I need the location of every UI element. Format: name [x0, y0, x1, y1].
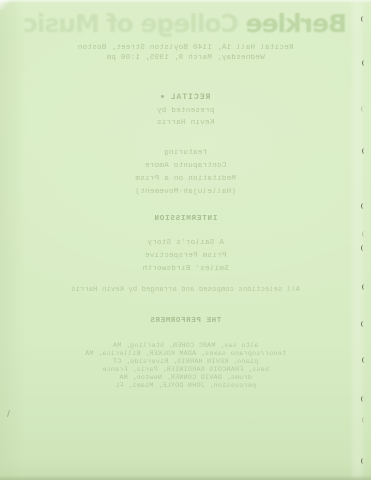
binding-hole-mark	[362, 231, 367, 237]
school-name-bleed-text: Berklee College of Music	[0, 9, 371, 38]
ink-dot	[161, 95, 164, 98]
school-name-word1: Berklee	[239, 9, 347, 38]
venue-line: Recital Hall 1A, 1140 Boylston Street, B…	[0, 44, 371, 52]
binding-hole-mark	[362, 417, 367, 423]
binding-hole-mark	[361, 16, 366, 22]
set1-piece-1: Contrapunto Amore	[0, 162, 371, 170]
performer-line: tenor/soprano saxes, ADAM KOLKER, Biller…	[0, 350, 371, 358]
binding-hole-mark	[361, 396, 366, 402]
set2-piece-2: Prism Perspective	[0, 252, 371, 260]
presented-by-label: presented by	[0, 107, 371, 115]
scanned-program-page: Berklee College of Music Recital Hall 1A…	[0, 0, 371, 480]
featuring-label: featuring	[0, 149, 371, 157]
program-title-text: RECITAL	[170, 93, 211, 102]
set2-piece-3: Smiles' Birdsworth	[0, 265, 371, 273]
binding-hole-mark	[362, 284, 367, 290]
performer-line: alto sax, MARC COHEN, Sterling, MA	[0, 342, 371, 350]
intermission-label: INTERMISSION	[0, 215, 371, 223]
binding-hole-mark	[362, 148, 367, 154]
binding-hole-mark	[362, 60, 367, 66]
set1-piece-3: (Hallelujah-Movement)	[0, 188, 371, 196]
binding-hole-mark	[362, 357, 367, 363]
binding-hole-mark	[361, 245, 366, 251]
binding-hole-mark	[361, 321, 366, 327]
program-title: RECITAL	[0, 93, 371, 102]
paper-edge-bottom	[0, 475, 371, 480]
composer-credit-line: All selections composed and arranged by …	[0, 286, 371, 294]
binding-hole-mark	[361, 106, 366, 112]
performer-line: percussion, JOHN DOYLE, Miami, FL	[0, 382, 371, 390]
performer-line: piano, KEVIN HARRIS, Riverside, CT	[0, 358, 371, 366]
performer-line: drums, DAVID CONNER, Newton, MA	[0, 374, 371, 382]
paper-edge-top	[0, 0, 371, 3]
binding-hole-mark	[361, 203, 366, 209]
presenter-name: Kevin Harris	[0, 119, 371, 127]
set2-piece-1: A Sailor's Story	[0, 239, 371, 247]
set1-piece-2: Meditation on a Prism	[0, 175, 371, 183]
performers-heading: THE PERFORMERS	[0, 317, 371, 325]
binding-hole-mark	[361, 458, 366, 464]
school-name-word2: College of Music	[24, 9, 239, 38]
date-line: Wednesday, March 8, 1995, 1:00 pm	[0, 54, 371, 62]
performer-line: bass, FRANCOIS GARDINIER, Paris, France	[0, 366, 371, 374]
